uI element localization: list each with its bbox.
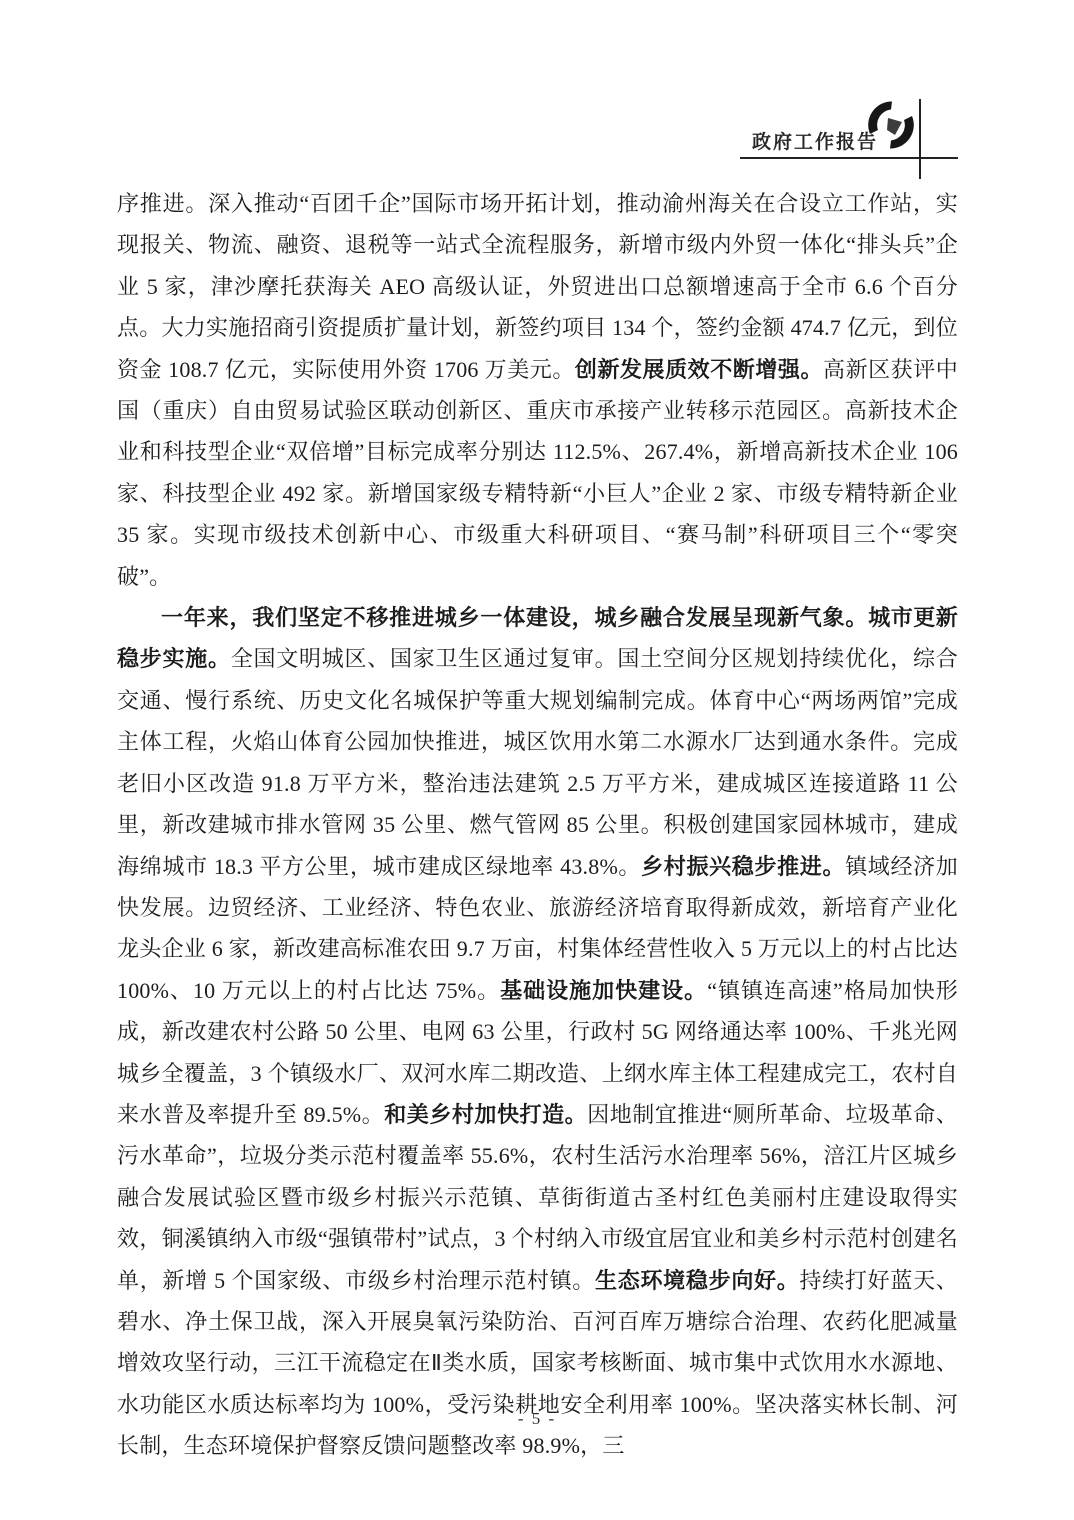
- paragraph: 序推进。深入推动“百团千企”国际市场开拓计划，推动渝州海关在合设立工作站，实现报…: [117, 183, 958, 597]
- emphasis-run: 创新发展质效不断增强。: [575, 357, 823, 382]
- header-vertical-rule: [919, 99, 921, 179]
- swirl-logo-icon: [866, 99, 916, 151]
- page-number: - 5 -: [518, 1409, 556, 1428]
- paragraph: 一年来，我们坚定不移推进城乡一体建设，城乡融合发展呈现新气象。城市更新稳步实施。…: [117, 597, 958, 1467]
- emphasis-run: 乡村振兴稳步推进。: [641, 854, 845, 879]
- text-run: 全国文明城区、国家卫生区通过复审。国土空间分区规划持续优化，综合交通、慢行系统、…: [117, 646, 958, 878]
- text-run: 因地制宜推进“厕所革命、垃圾革命、污水革命”，垃圾分类示范村覆盖率 55.6%，…: [117, 1102, 958, 1293]
- text-run: 高新区获评中国（重庆）自由贸易试验区联动创新区、重庆市承接产业转移示范园区。高新…: [117, 357, 958, 589]
- report-body: 序推进。深入推动“百团千企”国际市场开拓计划，推动渝州海关在合设立工作站，实现报…: [117, 183, 958, 1467]
- emphasis-run: 生态环境稳步向好。: [595, 1268, 799, 1293]
- text-run: 序推进。深入推动“百团千企”国际市场开拓计划，推动渝州海关在合设立工作站，实现报…: [117, 191, 958, 382]
- header-horizontal-rule: [740, 157, 958, 159]
- page-footer: - 5 -: [0, 1409, 1074, 1429]
- emphasis-run: 和美乡村加快打造。: [384, 1102, 587, 1127]
- header-title: 政府工作报告: [752, 127, 878, 154]
- text-run: 持续打好蓝天、碧水、净土保卫战，深入开展臭氧污染防治、百河百库万塘综合治理、农药…: [117, 1268, 958, 1459]
- emphasis-run: 一年来，我们坚定不移推进城乡一体建设，城乡融合发展呈现新气象。: [161, 605, 868, 630]
- emphasis-run: 基础设施加快建设。: [500, 978, 707, 1003]
- document-page: 政府工作报告 序推进。深入推动“百团千企”国际市场开拓计划，推动渝州海关在合设立…: [0, 0, 1074, 1520]
